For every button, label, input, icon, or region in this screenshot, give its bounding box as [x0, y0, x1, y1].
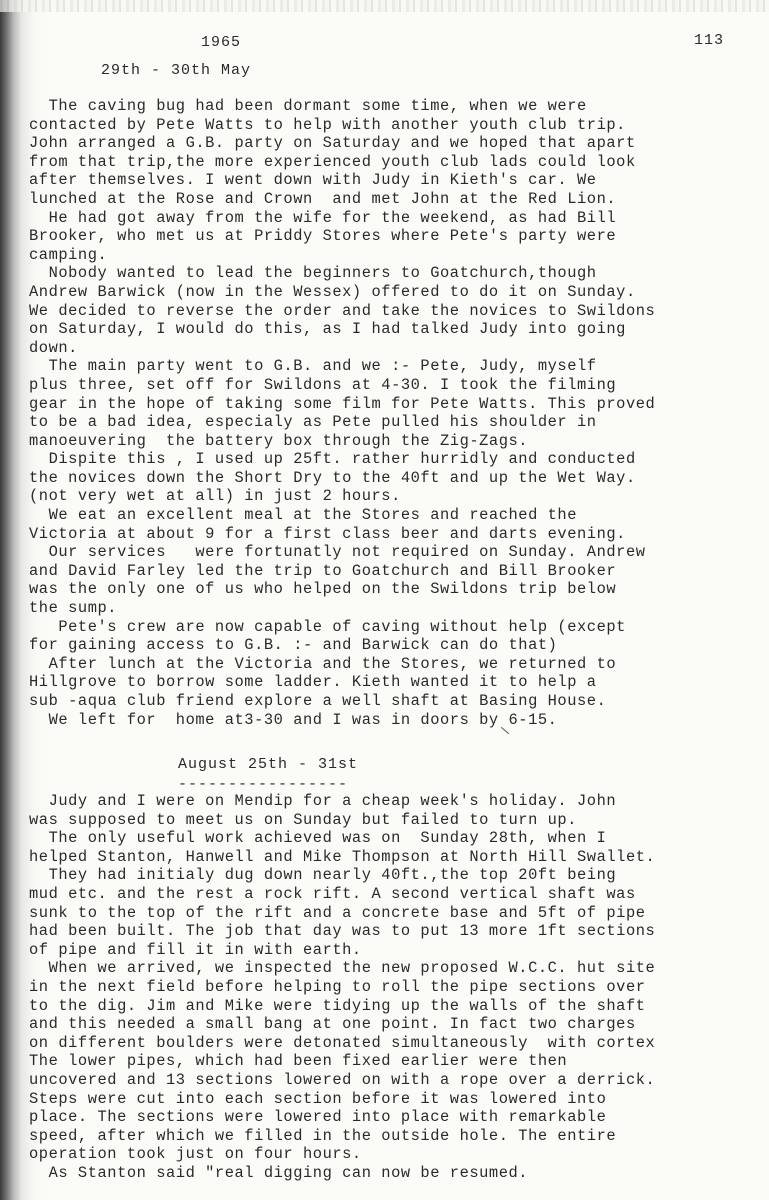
text-line: in the next field before helping to roll…	[29, 978, 769, 997]
text-line: down.	[29, 339, 769, 358]
text-line: Andrew Barwick (now in the Wessex) offer…	[29, 283, 769, 302]
text-line: After lunch at the Victoria and the Stor…	[29, 655, 769, 674]
scan-noise	[0, 0, 769, 12]
text-line: When we arrived, we inspected the new pr…	[29, 959, 769, 978]
text-line: on Saturday, I would do this, as I had t…	[29, 320, 769, 339]
text-line: plus three, set off for Swildons at 4-30…	[29, 376, 769, 395]
text-line: uncovered and 13 sections lowered on wit…	[29, 1071, 769, 1090]
text-line: (not very wet at all) in just 2 hours.	[29, 487, 769, 506]
text-line: had been built. The job that day was to …	[29, 922, 769, 941]
text-line: mud etc. and the rest a rock rift. A sec…	[29, 885, 769, 904]
text-line: after themselves. I went down with Judy …	[29, 171, 769, 190]
text-line: to be a bad idea, especialy as Pete pull…	[29, 413, 769, 432]
text-line: sunk to the top of the rift and a concre…	[29, 904, 769, 923]
text-line: on different boulders were detonated sim…	[29, 1034, 769, 1053]
text-line: and this needed a small bang at one poin…	[29, 1015, 769, 1034]
text-line: Nobody wanted to lead the beginners to G…	[29, 264, 769, 283]
text-line: and David Farley led the trip to Goatchu…	[29, 562, 769, 581]
text-line: The lower pipes, which had been fixed ea…	[29, 1052, 769, 1071]
text-line: They had initialy dug down nearly 40ft.,…	[29, 866, 769, 885]
text-line: Pete's crew are now capable of caving wi…	[29, 618, 769, 637]
text-line: camping.	[29, 246, 769, 265]
text-line: John arranged a G.B. party on Saturday a…	[29, 134, 769, 153]
text-line: helped Stanton, Hanwell and Mike Thompso…	[29, 848, 769, 867]
text-line: Steps were cut into each section before …	[29, 1090, 769, 1109]
text-line: to the dig. Jim and Mike were tidying up…	[29, 997, 769, 1016]
text-line: We left for home at3-30 and I was in doo…	[29, 711, 769, 730]
text-line: for gaining access to G.B. :- and Barwic…	[29, 636, 769, 655]
text-line: We decided to reverse the order and take…	[29, 302, 769, 321]
entry-body-may: The caving bug had been dormant some tim…	[29, 97, 769, 729]
text-line: was the only one of us who helped on the…	[29, 580, 769, 599]
text-line: of pipe and fill it in with earth.	[29, 941, 769, 960]
text-line: We eat an excellent meal at the Stores a…	[29, 506, 769, 525]
text-line: Victoria at about 9 for a first class be…	[29, 525, 769, 544]
text-line: Our services were fortunatly not require…	[29, 543, 769, 562]
entry-date-underline: -----------------	[178, 776, 348, 793]
text-line: The main party went to G.B. and we :- Pe…	[29, 357, 769, 376]
text-line: Brooker, who met us at Priddy Stores whe…	[29, 227, 769, 246]
text-line: He had got away from the wife for the we…	[29, 209, 769, 228]
text-line: lunched at the Rose and Crown and met Jo…	[29, 190, 769, 209]
entry-date-august: August 25th - 31st	[178, 756, 358, 773]
text-line: gear in the hope of taking some film for…	[29, 395, 769, 414]
entry-body-august: Judy and I were on Mendip for a cheap we…	[29, 792, 769, 1182]
text-line: The only useful work achieved was on Sun…	[29, 829, 769, 848]
text-line: contacted by Pete Watts to help with ano…	[29, 116, 769, 135]
text-line: As Stanton said "real digging can now be…	[29, 1164, 769, 1183]
text-line: Hillgrove to borrow some ladder. Kieth w…	[29, 673, 769, 692]
text-line: The caving bug had been dormant some tim…	[29, 97, 769, 116]
text-line: was supposed to meet us on Sunday but fa…	[29, 811, 769, 830]
year-heading: 1965	[201, 34, 241, 51]
text-line: Judy and I were on Mendip for a cheap we…	[29, 792, 769, 811]
text-line: from that trip,the more experienced yout…	[29, 153, 769, 172]
text-line: sub -aqua club friend explore a well sha…	[29, 692, 769, 711]
typewritten-page: 1965 113 29th - 30th May The caving bug …	[0, 0, 769, 1200]
text-line: place. The sections were lowered into pl…	[29, 1108, 769, 1127]
entry-date-may: 29th - 30th May	[101, 62, 251, 79]
text-line: manoeuvering the battery box through the…	[29, 432, 769, 451]
text-line: Dispite this , I used up 25ft. rather hu…	[29, 450, 769, 469]
text-line: speed, after which we filled in the outs…	[29, 1127, 769, 1146]
page-number: 113	[694, 32, 724, 49]
text-line: the sump.	[29, 599, 769, 618]
text-line: the novices down the Short Dry to the 40…	[29, 469, 769, 488]
text-line: operation took just on four hours.	[29, 1145, 769, 1164]
